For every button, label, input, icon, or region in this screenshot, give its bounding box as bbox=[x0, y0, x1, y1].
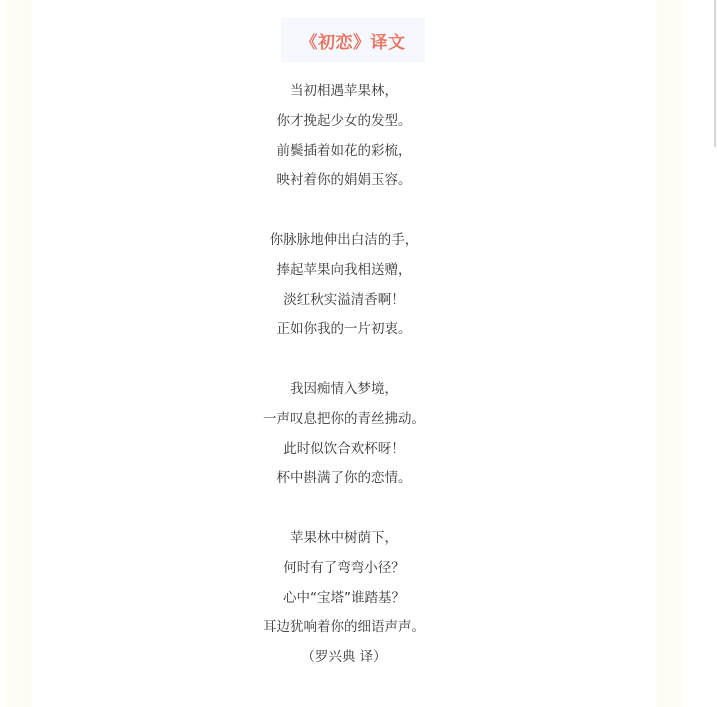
stanza-4: 苹果林中树荫下， 何时有了弯弯小径？ 心中“宝塔”谁踏基？ 耳边犹响着你的细语声… bbox=[31, 524, 657, 643]
poem-line: 正如你我的一片初衷。 bbox=[31, 315, 657, 345]
poem-line: 我因痴情入梦境， bbox=[31, 375, 657, 405]
poem-line: 一声叹息把你的青丝拂动。 bbox=[31, 405, 657, 435]
poem-line: 前鬓插着如花的彩梳， bbox=[31, 137, 657, 167]
poem-line: 你才挽起少女的发型。 bbox=[31, 107, 657, 137]
poem-line: 杯中斟满了你的恋情。 bbox=[31, 464, 657, 494]
poem-line: 何时有了弯弯小径？ bbox=[31, 554, 657, 584]
poem-line: 当初相遇苹果林， bbox=[31, 77, 657, 107]
poem-line: 淡红秋实溢清香啊！ bbox=[31, 286, 657, 316]
poem-line: 苹果林中树荫下， bbox=[31, 524, 657, 554]
stanza-gap bbox=[31, 345, 657, 375]
page-title: 《初恋》译文 bbox=[301, 28, 406, 53]
scrollbar[interactable] bbox=[714, 0, 716, 147]
left-decorative-bar bbox=[6, 0, 31, 707]
stanza-gap bbox=[31, 196, 657, 226]
poem-body: 当初相遇苹果林， 你才挽起少女的发型。 前鬓插着如花的彩梳， 映衬着你的娟娟玉容… bbox=[31, 77, 657, 673]
poem-line: 耳边犹响着你的细语声声。 bbox=[31, 613, 657, 643]
poem-line: 映衬着你的娟娟玉容。 bbox=[31, 166, 657, 196]
stanza-3: 我因痴情入梦境， 一声叹息把你的青丝拂动。 此时似饮合欢杯呀！ 杯中斟满了你的恋… bbox=[31, 375, 657, 494]
translator-credit: （罗兴典 译） bbox=[31, 643, 657, 673]
poem-line: 心中“宝塔”谁踏基？ bbox=[31, 584, 657, 614]
right-decorative-bar bbox=[657, 0, 682, 707]
title-box: 《初恋》译文 bbox=[281, 18, 425, 62]
poem-line: 此时似饮合欢杯呀！ bbox=[31, 435, 657, 465]
stanza-gap bbox=[31, 494, 657, 524]
poem-line: 你脉脉地伸出白洁的手， bbox=[31, 226, 657, 256]
stanza-2: 你脉脉地伸出白洁的手， 捧起苹果向我相送赠， 淡红秋实溢清香啊！ 正如你我的一片… bbox=[31, 226, 657, 345]
poem-line: 捧起苹果向我相送赠， bbox=[31, 256, 657, 286]
stanza-1: 当初相遇苹果林， 你才挽起少女的发型。 前鬓插着如花的彩梳， 映衬着你的娟娟玉容… bbox=[31, 77, 657, 196]
